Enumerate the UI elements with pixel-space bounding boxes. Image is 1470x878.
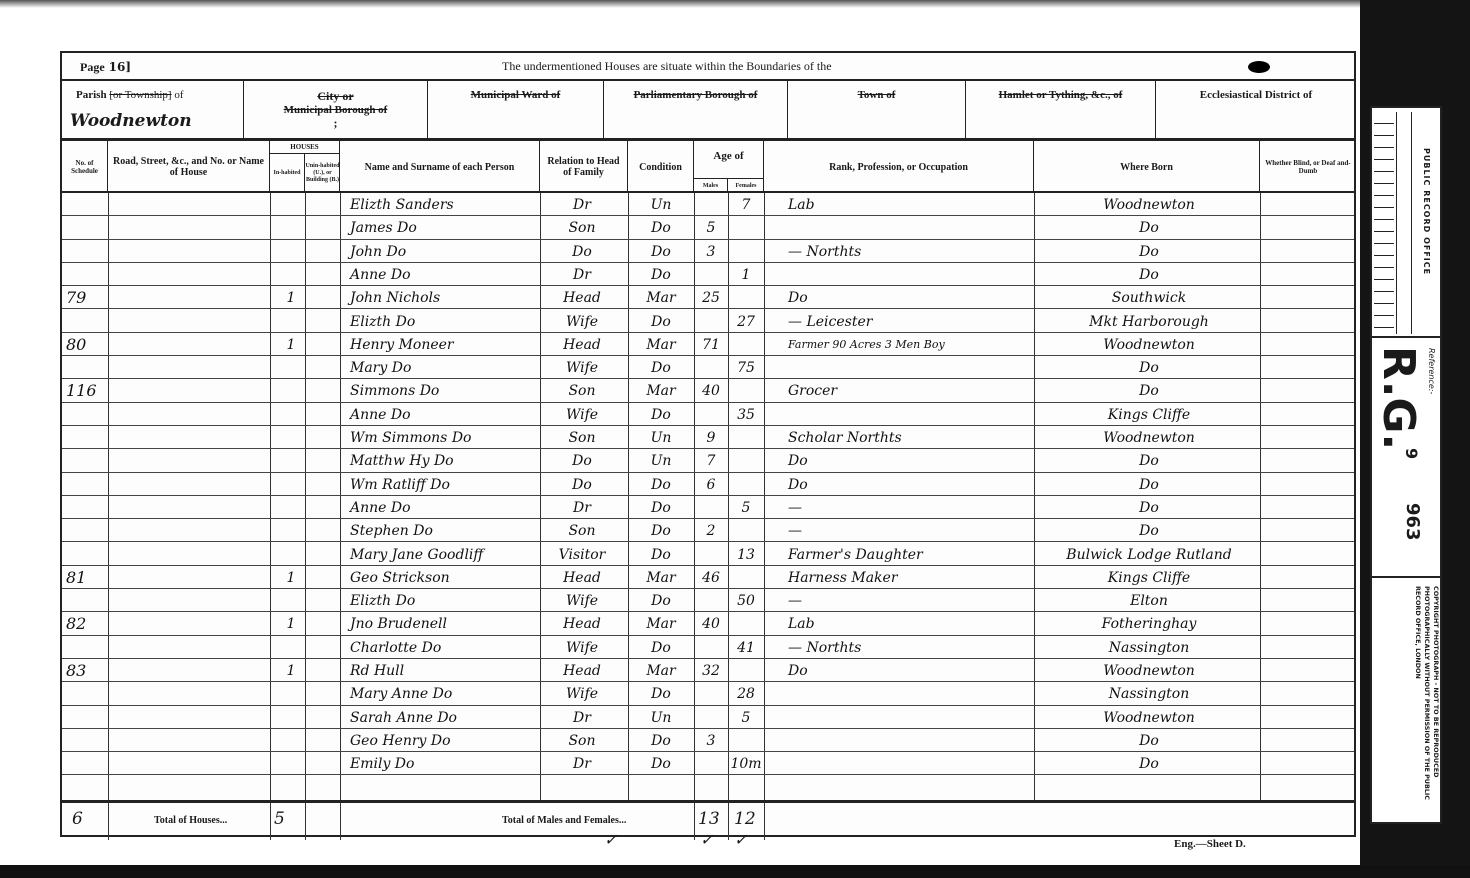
where-born: Fotheringhay: [1038, 612, 1260, 635]
condition: Mar: [628, 286, 694, 309]
condition: Mar: [628, 379, 694, 402]
age-female: [728, 519, 764, 542]
condition: Do: [628, 682, 694, 705]
col-header-name: Name and Surname of each Person: [340, 141, 540, 193]
table-row: Wm Ratliff DoDoDo6DoDo: [62, 473, 1354, 496]
occupation: Do: [768, 449, 1034, 472]
census-form: Page16] The undermentioned Houses are si…: [60, 51, 1356, 837]
condition: Do: [628, 752, 694, 775]
inhabited: [276, 636, 306, 659]
person-name: Mary Jane Goodliff: [344, 543, 534, 566]
occupation: [768, 729, 1034, 752]
inhabited: [276, 752, 306, 775]
person-name: John Do: [344, 240, 534, 263]
relation: Head: [540, 612, 624, 635]
age-male: [694, 682, 728, 705]
where-born: Do: [1038, 519, 1260, 542]
schedule-no: [66, 682, 106, 705]
table-row: Elizth DoWifeDo27— LeicesterMkt Harborou…: [62, 310, 1354, 333]
district-borough: City or Municipal Borough of ;: [244, 81, 428, 141]
table-row: 116Simmons DoSonMar40GrocerDo: [62, 379, 1354, 402]
condition: Mar: [628, 659, 694, 682]
houses-total-value: 5: [274, 809, 285, 829]
age-female: 1: [728, 263, 764, 286]
age-female: 35: [728, 403, 764, 426]
where-born: Mkt Harborough: [1038, 310, 1260, 333]
check-mark-icon: ✓: [604, 830, 617, 849]
person-name: Sarah Anne Do: [344, 706, 534, 729]
relation: Dr: [540, 193, 624, 216]
condition: Do: [628, 729, 694, 752]
table-row: Elizth DoWifeDo50—Elton: [62, 589, 1354, 612]
page-number: Page16]: [80, 60, 131, 75]
inhabited: [276, 589, 306, 612]
table-row: Anne DoDrDo1Do: [62, 263, 1354, 286]
schedule-no: [66, 216, 106, 239]
age-male: [694, 356, 728, 379]
relation: Head: [540, 333, 624, 356]
relation: Son: [540, 729, 624, 752]
age-female: [728, 612, 764, 635]
ruler: PUBLIC RECORD OFFICE: [1372, 108, 1440, 338]
relation: Dr: [540, 496, 624, 519]
col-header-blind-deaf: Whether Blind, or Deaf and-Dumb: [1260, 141, 1356, 193]
age-female: 75: [728, 356, 764, 379]
inhabited: 1: [276, 566, 306, 589]
person-name: Matthw Hy Do: [344, 449, 534, 472]
condition: Do: [628, 310, 694, 333]
district-parish: Parish [or Township] of Woodnewton: [62, 81, 244, 141]
schedule-no: 116: [66, 379, 106, 402]
inhabited: [276, 240, 306, 263]
inhabited: [276, 216, 306, 239]
reference-class: 9: [1402, 448, 1421, 459]
age-female: [728, 473, 764, 496]
condition: Do: [628, 216, 694, 239]
person-name: James Do: [344, 216, 534, 239]
person-name: Wm Simmons Do: [344, 426, 534, 449]
parish-value: Woodnewton: [70, 111, 192, 131]
district-row: Parish [or Township] of Woodnewton City …: [62, 81, 1354, 141]
age-male: [694, 193, 728, 216]
district-hamlet: Hamlet or Tything, &c., of: [966, 81, 1156, 141]
col-header-road: Road, Street, &c., and No. or Name of Ho…: [108, 141, 270, 193]
borough-value: ;: [244, 116, 427, 131]
page-label: Page: [80, 60, 105, 74]
divider: [1372, 576, 1440, 578]
where-born: Do: [1038, 729, 1260, 752]
ecclesiastical-label: Ecclesiastical District of: [1200, 89, 1312, 101]
person-name: Mary Do: [344, 356, 534, 379]
age-female: 41: [728, 636, 764, 659]
condition: Do: [628, 519, 694, 542]
relation: Wife: [540, 636, 624, 659]
condition: Do: [628, 403, 694, 426]
person-name: Simmons Do: [344, 379, 534, 402]
schedule-no: [66, 193, 106, 216]
office-label: PUBLIC RECORD OFFICE: [1422, 148, 1431, 275]
relation: Son: [540, 379, 624, 402]
condition: Mar: [628, 333, 694, 356]
schedule-no: [66, 706, 106, 729]
inhabited: 1: [276, 333, 306, 356]
ward-struck-label: Municipal Ward of: [471, 89, 561, 101]
table-row: 821Jno BrudenellHeadMar40LabFotheringhay: [62, 612, 1354, 635]
condition: Do: [628, 496, 694, 519]
person-name: Jno Brudenell: [344, 612, 534, 635]
where-born: Do: [1038, 449, 1260, 472]
condition: Do: [628, 473, 694, 496]
relation: Wife: [540, 310, 624, 333]
person-name: Geo Strickson: [344, 566, 534, 589]
occupation: Lab: [768, 612, 1034, 635]
parish-of-label: of: [174, 89, 183, 101]
age-female: [728, 216, 764, 239]
condition: Do: [628, 589, 694, 612]
person-name: Anne Do: [344, 263, 534, 286]
age-female: [728, 566, 764, 589]
table-row: Geo Henry DoSonDo3Do: [62, 729, 1354, 752]
age-female: 10m: [728, 752, 764, 775]
inhabited: [276, 543, 306, 566]
inhabited: [276, 426, 306, 449]
occupation: [768, 706, 1034, 729]
houses-total-label: Total of Houses...: [154, 815, 227, 826]
where-born: Nassington: [1038, 682, 1260, 705]
age-male: 71: [694, 333, 728, 356]
where-born: Elton: [1038, 589, 1260, 612]
relation: Son: [540, 519, 624, 542]
schedule-no: [66, 729, 106, 752]
person-name: Elizth Do: [344, 310, 534, 333]
table-row: Mary Jane GoodliffVisitorDo13Farmer's Da…: [62, 543, 1354, 566]
person-name: Rd Hull: [344, 659, 534, 682]
occupation: [768, 752, 1034, 775]
age-female: [728, 286, 764, 309]
table-row: Stephen DoSonDo2—Do: [62, 519, 1354, 542]
person-name: Geo Henry Do: [344, 729, 534, 752]
relation: Wife: [540, 403, 624, 426]
condition: Un: [628, 706, 694, 729]
table-row: Anne DoDrDo5—Do: [62, 496, 1354, 519]
table-row: John DoDoDo3— NorthtsDo: [62, 240, 1354, 263]
table-row: James DoSonDo5Do: [62, 216, 1354, 239]
check-mark-icon: ✓: [700, 830, 713, 849]
age-male: [694, 589, 728, 612]
occupation: Grocer: [768, 379, 1034, 402]
relation: Dr: [540, 706, 624, 729]
where-born: Do: [1038, 216, 1260, 239]
age-male: [694, 496, 728, 519]
where-born: Do: [1038, 473, 1260, 496]
inhabited: [276, 356, 306, 379]
occupation: Harness Maker: [768, 566, 1034, 589]
relation: Visitor: [540, 543, 624, 566]
age-male: [694, 706, 728, 729]
inhabited: 1: [276, 612, 306, 635]
where-born: Do: [1038, 263, 1260, 286]
parish-label: Parish: [76, 89, 107, 101]
age-female: [728, 379, 764, 402]
age-female: 13: [728, 543, 764, 566]
col-header-males: Males: [694, 179, 728, 193]
age-male: [694, 263, 728, 286]
inhabited: [276, 263, 306, 286]
age-female: 28: [728, 682, 764, 705]
relation: Head: [540, 566, 624, 589]
relation: Head: [540, 286, 624, 309]
occupation: Scholar Northts: [768, 426, 1034, 449]
age-male: 3: [694, 729, 728, 752]
table-row: Mary Anne DoWifeDo28Nassington: [62, 682, 1354, 705]
age-female: [728, 240, 764, 263]
occupation: Farmer's Daughter: [768, 543, 1034, 566]
table-row: Charlotte DoWifeDo41— NorthtsNassington: [62, 636, 1354, 659]
table-row: 791John NicholsHeadMar25DoSouthwick: [62, 286, 1354, 309]
inhabited: [276, 473, 306, 496]
ruler-scale: [1396, 112, 1412, 334]
schedule-no: [66, 496, 106, 519]
table-row: Matthw Hy DoDoUn7DoDo: [62, 449, 1354, 472]
schedule-no: [66, 589, 106, 612]
where-born: Woodnewton: [1038, 706, 1260, 729]
relation: Do: [540, 473, 624, 496]
age-female: [728, 449, 764, 472]
schedule-no: [66, 752, 106, 775]
condition: Un: [628, 193, 694, 216]
age-male: 6: [694, 473, 728, 496]
where-born: Kings Cliffe: [1038, 403, 1260, 426]
inhabited: [276, 193, 306, 216]
inhabited: [276, 519, 306, 542]
person-name: Charlotte Do: [344, 636, 534, 659]
schedule-no: [66, 403, 106, 426]
col-header-age: Age of Males Females: [694, 141, 764, 193]
col-header-relation: Relation to Head of Family: [540, 141, 628, 193]
condition: Mar: [628, 612, 694, 635]
schedule-no: [66, 473, 106, 496]
reference-strip: PUBLIC RECORD OFFICE R.G. Reference:- 9 …: [1370, 106, 1442, 824]
reference-series: R.G.: [1376, 346, 1420, 450]
age-male: 40: [694, 379, 728, 402]
district-parliamentary: Parliamentary Borough of: [604, 81, 788, 141]
where-born: Bulwick Lodge Rutland: [1038, 543, 1260, 566]
schedule-no: [66, 263, 106, 286]
age-female: [728, 729, 764, 752]
relation: Son: [540, 426, 624, 449]
schedule-no: [66, 543, 106, 566]
occupation: [768, 216, 1034, 239]
township-struck-label: [or Township]: [109, 89, 171, 101]
ruler-ticks: [1374, 112, 1394, 334]
occupation: Lab: [768, 193, 1034, 216]
occupation: — Northts: [768, 636, 1034, 659]
ink-blot-icon: [1248, 61, 1270, 73]
age-female: [728, 426, 764, 449]
check-mark-icon: ✓: [734, 830, 747, 849]
age-female: 27: [728, 310, 764, 333]
schedule-no: 80: [66, 333, 106, 356]
district-ward: Municipal Ward of: [428, 81, 604, 141]
age-female: [728, 659, 764, 682]
person-name: Elizth Sanders: [344, 193, 534, 216]
where-born: Kings Cliffe: [1038, 566, 1260, 589]
person-name: Stephen Do: [344, 519, 534, 542]
age-male: 32: [694, 659, 728, 682]
schedule-no: 83: [66, 659, 106, 682]
occupation: Do: [768, 659, 1034, 682]
condition: Un: [628, 426, 694, 449]
hamlet-struck-label: Hamlet or Tything, &c., of: [999, 89, 1123, 101]
occupation: —: [768, 496, 1034, 519]
where-born: Southwick: [1038, 286, 1260, 309]
occupation: Do: [768, 286, 1034, 309]
age-male: 7: [694, 449, 728, 472]
boundaries-heading: The undermentioned Houses are situate wi…: [502, 59, 832, 74]
table-row: Anne DoWifeDo35Kings Cliffe: [62, 403, 1354, 426]
col-header-occupation: Rank, Profession, or Occupation: [764, 141, 1034, 193]
table-row: 811Geo StricksonHeadMar46Harness MakerKi…: [62, 566, 1354, 589]
houses-title: HOUSES: [270, 141, 339, 154]
col-header-schedule: No. of Schedule: [62, 141, 108, 193]
inhabited: [276, 729, 306, 752]
condition: Do: [628, 240, 694, 263]
relation: Head: [540, 659, 624, 682]
age-male: 25: [694, 286, 728, 309]
column-header-row: No. of Schedule Road, Street, &c., and N…: [62, 141, 1354, 193]
schedule-no: [66, 449, 106, 472]
condition: Do: [628, 356, 694, 379]
parliamentary-struck-label: Parliamentary Borough of: [634, 89, 758, 101]
inhabited: [276, 403, 306, 426]
form-top-row: Page16] The undermentioned Houses are si…: [62, 53, 1354, 81]
sheet-label: Eng.—Sheet D.: [1174, 838, 1246, 850]
where-born: Do: [1038, 752, 1260, 775]
inhabited: [276, 706, 306, 729]
age-male: 2: [694, 519, 728, 542]
scan-edge-bottom: [0, 865, 1470, 878]
schedule-no: [66, 240, 106, 263]
city-struck-label: City or: [244, 89, 427, 104]
inhabited: [276, 496, 306, 519]
relation: Dr: [540, 752, 624, 775]
where-born: Do: [1038, 240, 1260, 263]
relation: Wife: [540, 589, 624, 612]
table-row: Elizth SandersDrUn7LabWoodnewton: [62, 193, 1354, 216]
age-male: 46: [694, 566, 728, 589]
age-male: [694, 636, 728, 659]
occupation: —: [768, 519, 1034, 542]
table-row: 831Rd HullHeadMar32DoWoodnewton: [62, 659, 1354, 682]
males-total-value: 13: [698, 809, 720, 829]
page-number-value: 16]: [109, 60, 131, 74]
person-name: Elizth Do: [344, 589, 534, 612]
relation: Son: [540, 216, 624, 239]
schedule-no: [66, 519, 106, 542]
schedule-no: [66, 636, 106, 659]
age-male: [694, 543, 728, 566]
schedule-no: 81: [66, 566, 106, 589]
district-ecclesiastical: Ecclesiastical District of: [1156, 81, 1356, 141]
inhabited: 1: [276, 659, 306, 682]
condition: Do: [628, 263, 694, 286]
age-male: 3: [694, 240, 728, 263]
borough-struck-label: Municipal Borough of: [284, 104, 388, 116]
females-total-value: 12: [734, 809, 756, 829]
age-male: 40: [694, 612, 728, 635]
relation: Do: [540, 449, 624, 472]
table-row: Emily DoDrDo10mDo: [62, 752, 1354, 775]
occupation: — Northts: [768, 240, 1034, 263]
person-name: Henry Moneer: [344, 333, 534, 356]
inhabited: [276, 682, 306, 705]
occupation: Do: [768, 473, 1034, 496]
condition: Do: [628, 543, 694, 566]
where-born: Do: [1038, 496, 1260, 519]
where-born: Woodnewton: [1038, 659, 1260, 682]
occupation: [768, 356, 1034, 379]
person-name: John Nichols: [344, 286, 534, 309]
table-row: Sarah Anne DoDrUn5Woodnewton: [62, 706, 1354, 729]
where-born: Nassington: [1038, 636, 1260, 659]
reference-piece: 963: [1402, 503, 1423, 541]
person-name: Wm Ratliff Do: [344, 473, 534, 496]
age-female: 5: [728, 496, 764, 519]
schedule-no: [66, 356, 106, 379]
person-name: Emily Do: [344, 752, 534, 775]
condition: Un: [628, 449, 694, 472]
occupation: — Leicester: [768, 310, 1034, 333]
occupation: [768, 682, 1034, 705]
occupation: —: [768, 589, 1034, 612]
age-female: [728, 333, 764, 356]
condition: Mar: [628, 566, 694, 589]
inhabited: [276, 379, 306, 402]
where-born: Do: [1038, 356, 1260, 379]
col-header-houses: HOUSES In-habited Unin-habited (U.), or …: [270, 141, 340, 193]
relation: Wife: [540, 356, 624, 379]
where-born: Woodnewton: [1038, 333, 1260, 356]
age-male: [694, 752, 728, 775]
schedule-no: 79: [66, 286, 106, 309]
col-header-condition: Condition: [628, 141, 694, 193]
age-male: 5: [694, 216, 728, 239]
inhabited: 1: [276, 286, 306, 309]
schedule-no: 82: [66, 612, 106, 635]
age-female: 5: [728, 706, 764, 729]
occupation: [768, 403, 1034, 426]
person-name: Anne Do: [344, 496, 534, 519]
age-male: [694, 403, 728, 426]
where-born: Woodnewton: [1038, 193, 1260, 216]
relation: Dr: [540, 263, 624, 286]
schedule-no: [66, 426, 106, 449]
where-born: Woodnewton: [1038, 426, 1260, 449]
town-struck-label: Town of: [858, 89, 896, 101]
schedule-total: 6: [72, 809, 83, 829]
occupation: [768, 263, 1034, 286]
person-name: Anne Do: [344, 403, 534, 426]
table-row: Mary DoWifeDo75Do: [62, 356, 1354, 379]
occupation: Farmer 90 Acres 3 Men Boy: [768, 333, 1034, 356]
table-row: Wm Simmons DoSonUn9Scholar NorthtsWoodne…: [62, 426, 1354, 449]
age-male: [694, 310, 728, 333]
col-header-where-born: Where Born: [1034, 141, 1260, 193]
table-row: 801Henry MoneerHeadMar71Farmer 90 Acres …: [62, 333, 1354, 356]
relation: Wife: [540, 682, 624, 705]
age-male: 9: [694, 426, 728, 449]
copyright-notice: COPYRIGHT PHOTOGRAPH - NOT TO BE REPRODU…: [1380, 586, 1440, 822]
